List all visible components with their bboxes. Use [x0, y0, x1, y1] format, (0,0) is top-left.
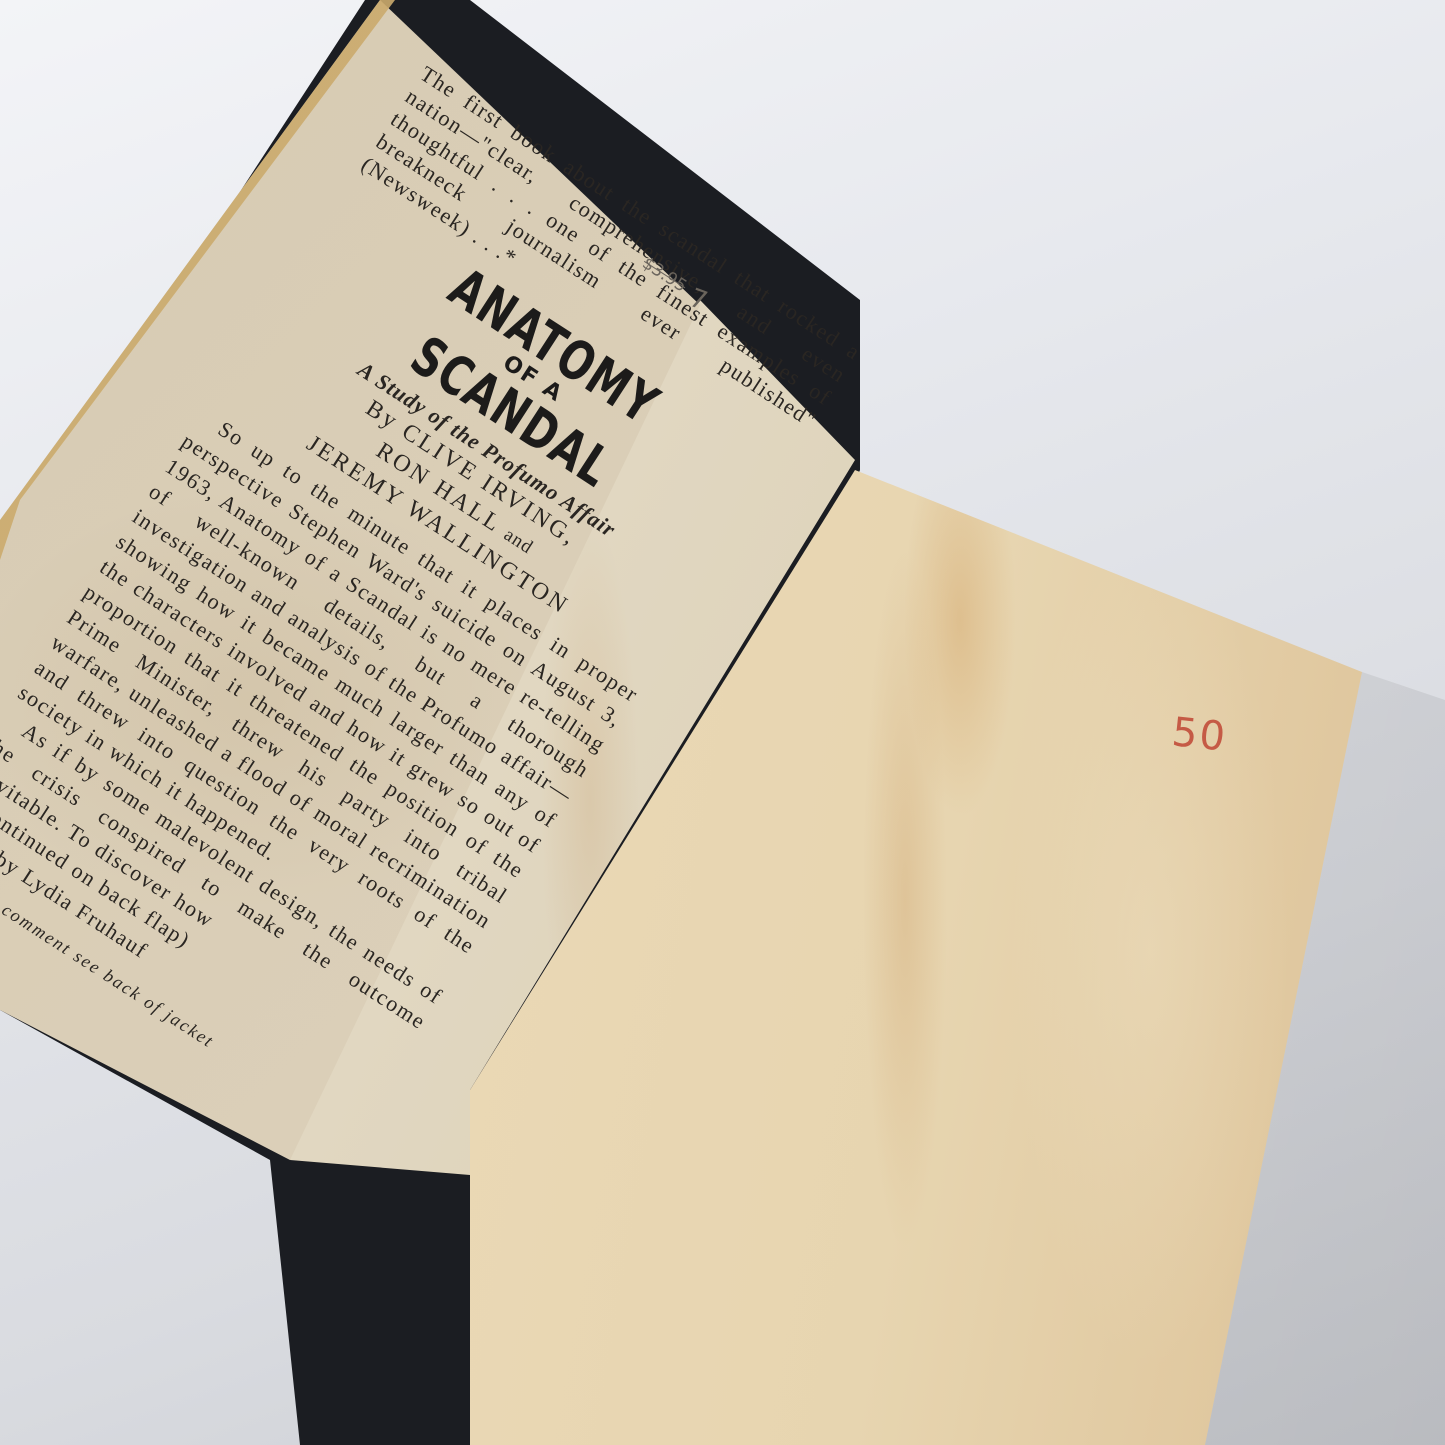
handwritten-page-price: 50 — [1170, 709, 1229, 760]
